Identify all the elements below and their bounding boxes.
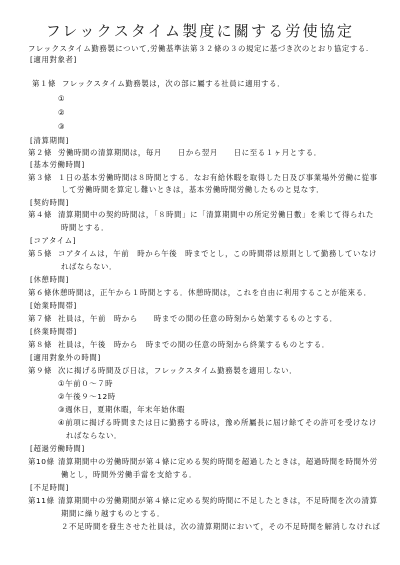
article-number: 第４條 <box>28 210 58 220</box>
article-2: 第２條労働時間の清算期間は，毎月 日から翌月 日に至る１ヶ月とする． <box>28 148 322 158</box>
article-text: フレックスタイム勤務製は，次の部に屬する社員に適用する． <box>62 79 285 88</box>
article-text: 次に揭げる時間及び日は，フレックスタイム勤務製を適用しない． <box>58 366 297 375</box>
section-heading: [契約時間] <box>30 198 69 208</box>
article-3: 第３條１日の基本労働時間は８時間とする．なお有給休暇を取得した日及び事業場外労働… <box>28 173 378 183</box>
article-11: 第11條清算期間中の労働期間が第４條に定める契約時間に不足したときは，不足時間を… <box>28 496 378 506</box>
article-text-continued: 時間とする． <box>61 223 109 233</box>
section-heading: [清算期間] <box>30 136 69 146</box>
section-heading: [不足時間] <box>30 483 69 493</box>
article-6: 第６條休憩時間は，正午から１時間とする．休憩時間は，これを自由に利用することが能… <box>28 288 372 298</box>
list-item: ②午後９～12時 <box>58 392 116 402</box>
article-text: 清算期間中の契約時間は，「８時間」に「清算期間中の所定労働日數」を乘じて得られた <box>58 210 374 219</box>
article-number: 第５條 <box>28 249 58 259</box>
article-number: 第１條 <box>32 79 62 89</box>
article-text: 労働時間の清算期間は，毎月 日から翌月 日に至る１ヶ月とする． <box>58 148 322 157</box>
article-number: 第10條 <box>28 457 58 467</box>
article-text-continued: ればならない． <box>61 262 117 272</box>
article-text: コアタイムは，午前 時から午後 時までとし，この時間帯は原則として勤務していなけ <box>58 249 377 258</box>
article-number: 第２條 <box>28 148 58 158</box>
section-heading: [始業時間帯] <box>30 301 77 311</box>
article-number: 第６條 <box>28 288 52 298</box>
article-number: 第11條 <box>28 496 58 506</box>
article-text: １日の基本労働時間は８時間とする．なお有給休暇を取得した日及び事業場外労働に從事 <box>58 173 378 182</box>
article-text: 清算期間中の労働時間が第４條に定める契約時間を超過したときは，超過時間を時間外労 <box>58 457 378 466</box>
article-9: 第９條次に揭げる時間及び日は，フレックスタイム勤務製を適用しない． <box>28 366 297 376</box>
section-heading: [適用對象外の時間] <box>30 353 101 363</box>
section-heading: [基本労働時間] <box>30 160 85 170</box>
list-item: ② <box>58 108 65 118</box>
article-10: 第10條清算期間中の労働時間が第４條に定める契約時間を超過したときは，超過時間を… <box>28 457 378 467</box>
list-item-continued: ればならない． <box>58 431 122 441</box>
section-heading: [休憩時間] <box>30 275 69 285</box>
article-text-continued: 期間に繰り越すものとする． <box>61 509 165 519</box>
intro-text: フレックスタイム勤務製について,労働基準法第３２條の３の規定に基づき次のとおり協… <box>28 44 369 54</box>
article-text: 清算期間中の労働期間が第４條に定める契約時間に不足したときは，不足時間を次の清算 <box>58 496 378 505</box>
article-text-continued: して労働時間を算定し難いときは，基本労働時間労働したものと見なす． <box>61 185 324 195</box>
article-5: 第５條コアタイムは，午前 時から午後 時までとし，この時間帯は原則として勤務して… <box>28 249 377 259</box>
document-title: フレックスタイム製度に關する労使協定 <box>0 20 400 41</box>
section-heading: [コアタイム] <box>30 236 76 246</box>
list-item: ③週休日，夏期休暇，年末年始休暇 <box>58 405 185 415</box>
section-heading: [適用對象者] <box>30 55 77 65</box>
article-number: 第９條 <box>28 366 58 376</box>
list-item: ④前項に揭げる時間または日に勤務する時は，豫め所屬長に屆け餘てその許可を受けなけ <box>58 418 377 428</box>
article-text: 休憩時間は，正午から１時間とする．休憩時間は，これを自由に利用することが能來る． <box>52 288 372 297</box>
article-text-continued: 働とし，時間外労働手當を支給する． <box>61 470 197 480</box>
article-number: 第８條 <box>28 340 58 350</box>
article-number: 第３條 <box>28 173 58 183</box>
list-item: ③ <box>58 122 65 132</box>
article-text: 社員は，午前 時から 時までの間の任意の時刻から始業するものとする． <box>58 314 338 323</box>
article-1: 第１條フレックスタイム勤務製は，次の部に屬する社員に適用する． <box>32 79 285 89</box>
article-7: 第７條社員は，午前 時から 時までの間の任意の時刻から始業するものとする． <box>28 314 338 324</box>
section-heading: [超過労働時間] <box>30 444 85 454</box>
article-text-continued: ２不足時間を發生させた社員は，次の清算期間において，その不足時間を解消しなければ <box>61 522 380 532</box>
list-item: ①午前０～７時 <box>58 379 113 389</box>
article-text: 社員は，午後 時から 時までの間の任意の時刻から終業するものとする． <box>58 340 330 349</box>
article-4: 第４條清算期間中の契約時間は，「８時間」に「清算期間中の所定労働日數」を乘じて得… <box>28 210 374 220</box>
article-number: 第７條 <box>28 314 58 324</box>
section-heading: [終業時間帯] <box>30 327 77 337</box>
article-8: 第８條社員は，午後 時から 時までの間の任意の時刻から終業するものとする． <box>28 340 330 350</box>
list-item: ① <box>58 94 65 104</box>
